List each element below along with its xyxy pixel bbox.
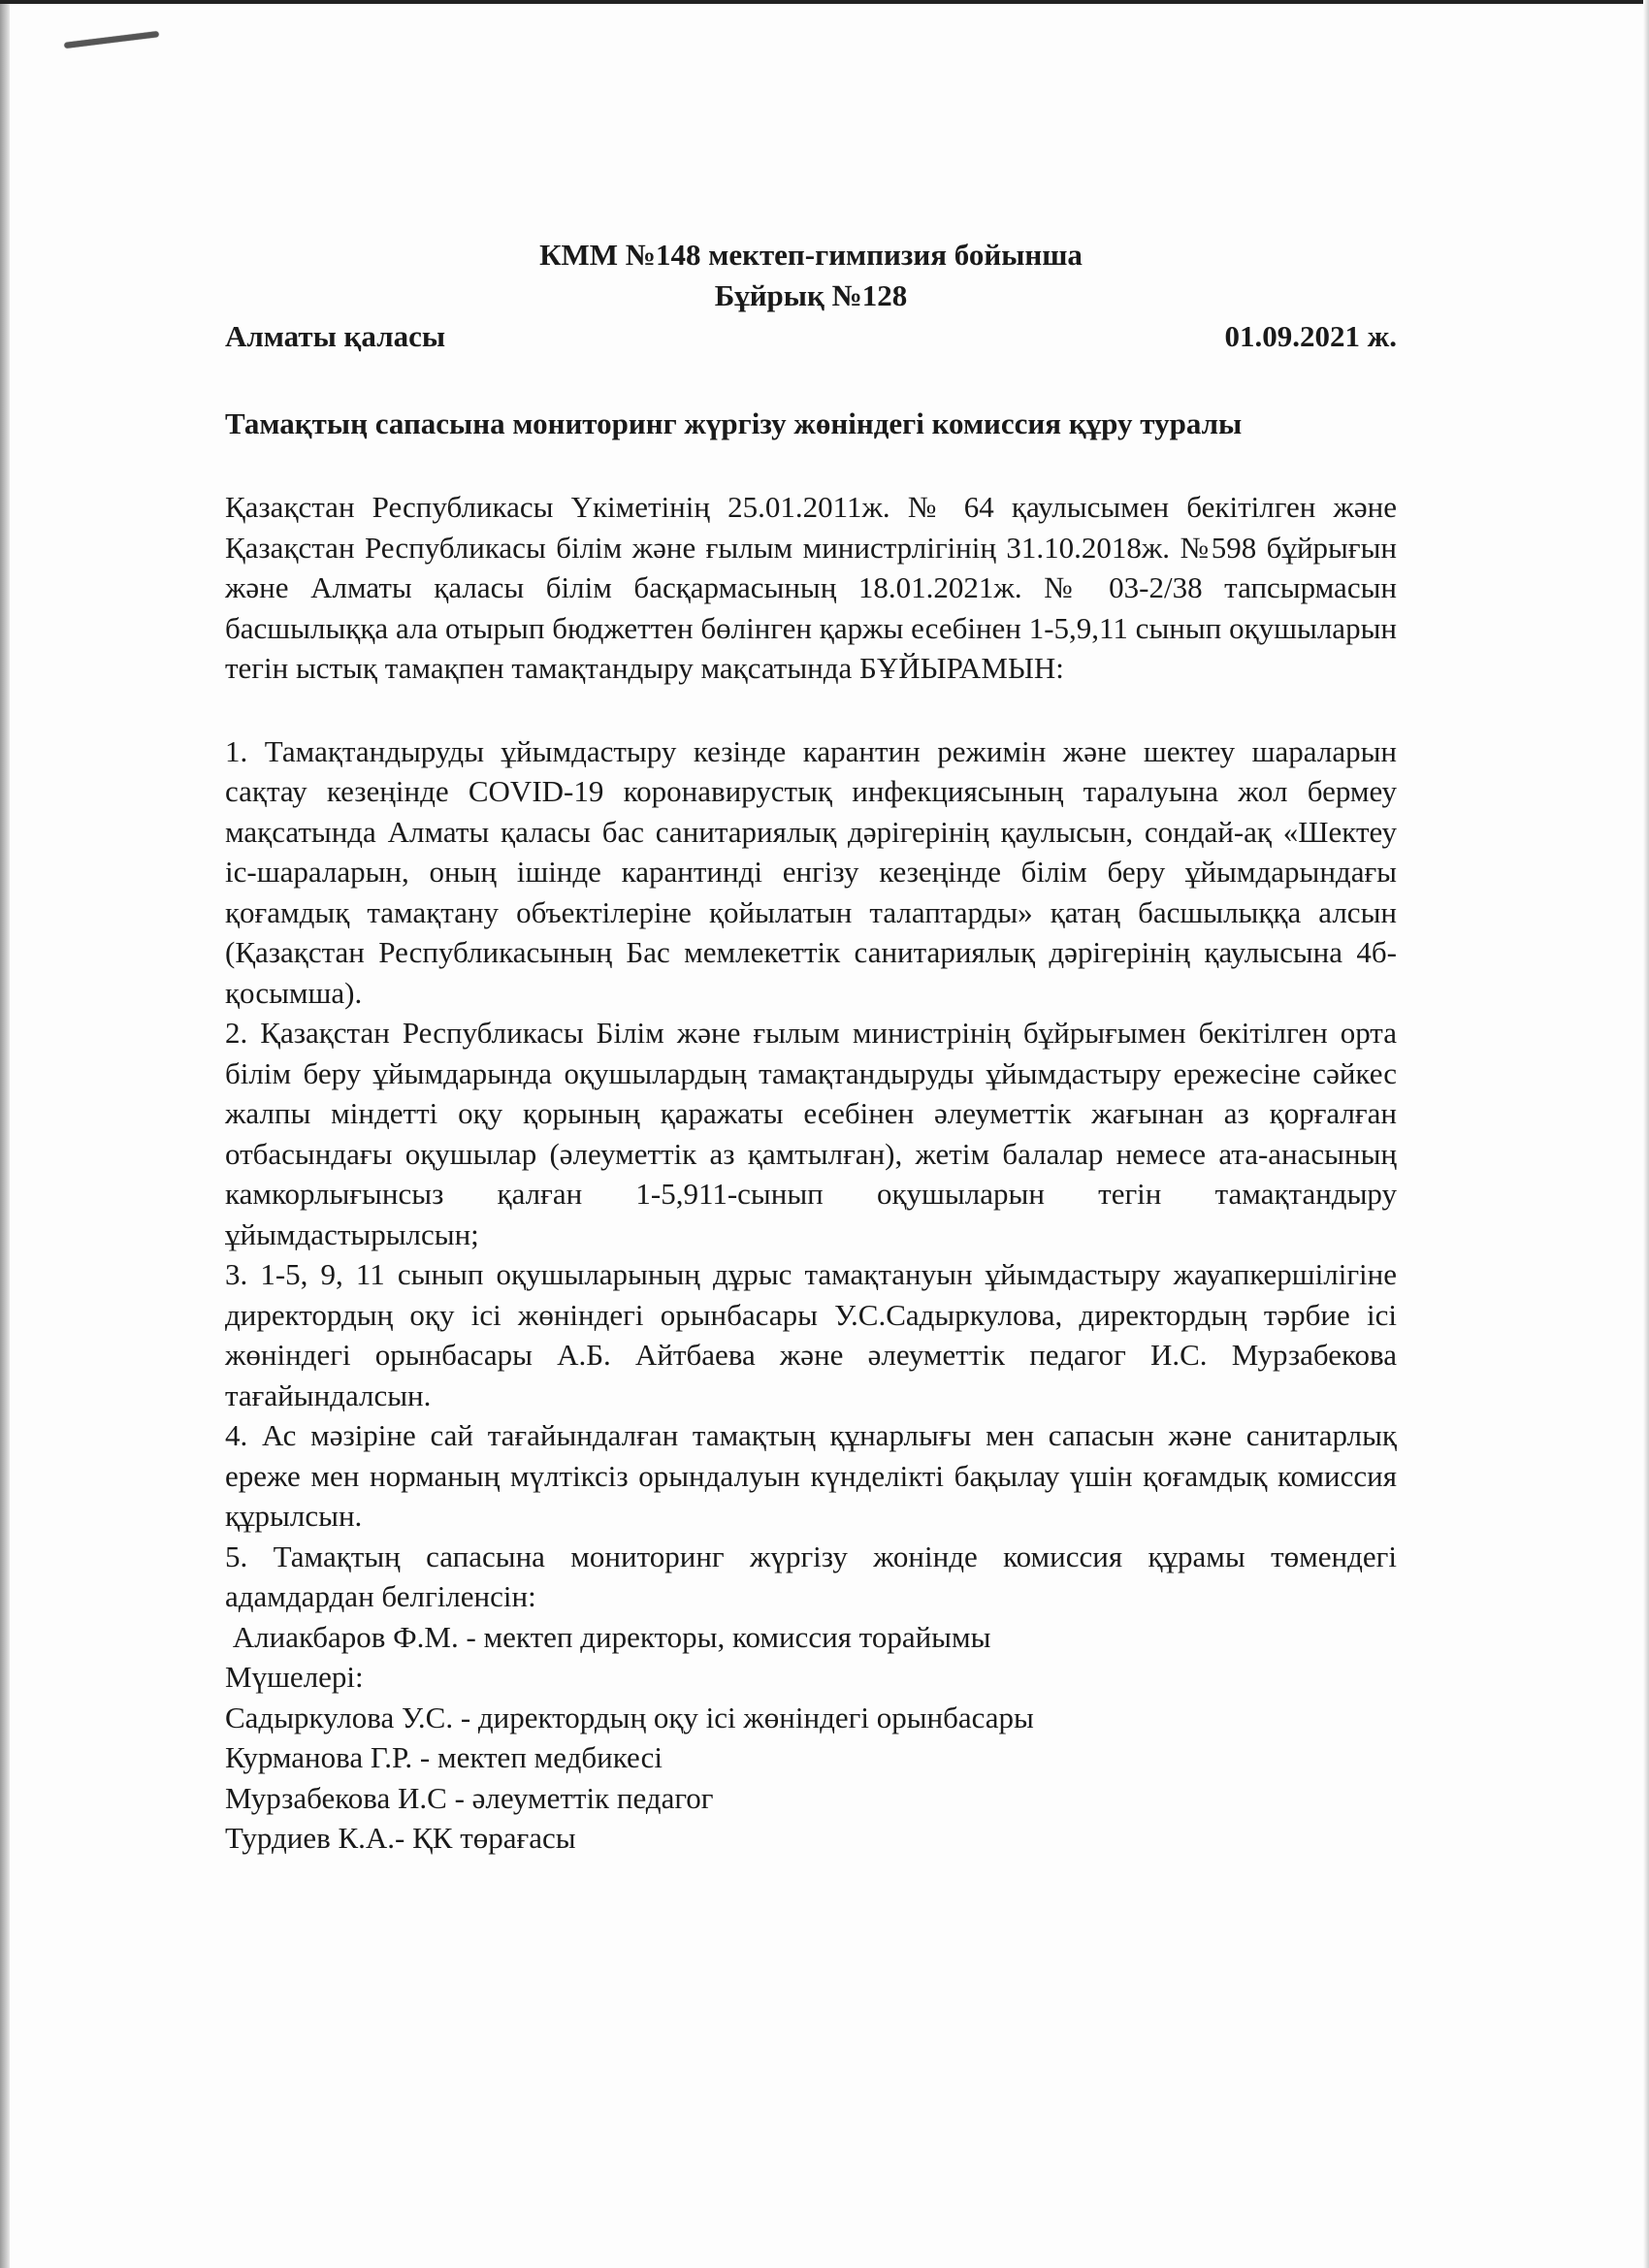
header-order-number: Бұйрық №128 <box>225 275 1397 316</box>
staple-mark-icon <box>64 31 159 49</box>
commission-chair: Алиакбаров Ф.М. - мектеп директоры, коми… <box>225 1617 1397 1658</box>
commission-member: Курманова Г.Р. - мектеп медбикесі <box>225 1737 1397 1778</box>
place-date-row: Алматы қаласы 01.09.2021 ж. <box>225 316 1397 357</box>
commission-member: Турдиев К.А.- ҚК төрағасы <box>225 1818 1397 1859</box>
scan-right-edge <box>1643 0 1649 2268</box>
date: 01.09.2021 ж. <box>1225 316 1397 357</box>
scanned-page: КММ №148 мектеп-гимпизия бойынша Бұйрық … <box>0 0 1649 2268</box>
subject-heading: Тамақтың сапасына мониторинг жүргізу жөн… <box>225 404 1397 444</box>
order-item-4: 4. Ас мәзіріне сай тағайындалған тамақты… <box>225 1415 1397 1537</box>
order-item-1: 1. Тамақтандыруды ұйымдастыру кезінде ка… <box>225 731 1397 1014</box>
place: Алматы қаласы <box>225 316 445 357</box>
scan-left-edge <box>0 4 10 2268</box>
order-item-3: 3. 1-5, 9, 11 сынып оқушыларының дұрыс т… <box>225 1254 1397 1415</box>
commission-member: Садыркулова У.С. - директордың оқу ісі ж… <box>225 1698 1397 1738</box>
order-item-5: 5. Тамақтың сапасына мониторинг жүргізу … <box>225 1537 1397 1617</box>
scan-top-edge <box>0 0 1649 4</box>
preamble: Қазақстан Республикасы Үкіметінің 25.01.… <box>225 487 1397 689</box>
order-item-2: 2. Қазақстан Республикасы Білім және ғыл… <box>225 1013 1397 1254</box>
commission-member: Мурзабекова И.С - әлеуметтік педагог <box>225 1778 1397 1819</box>
members-label: Мүшелері: <box>225 1657 1397 1698</box>
document-body: КММ №148 мектеп-гимпизия бойынша Бұйрық … <box>225 235 1397 1859</box>
header-organization: КММ №148 мектеп-гимпизия бойынша <box>225 235 1397 275</box>
